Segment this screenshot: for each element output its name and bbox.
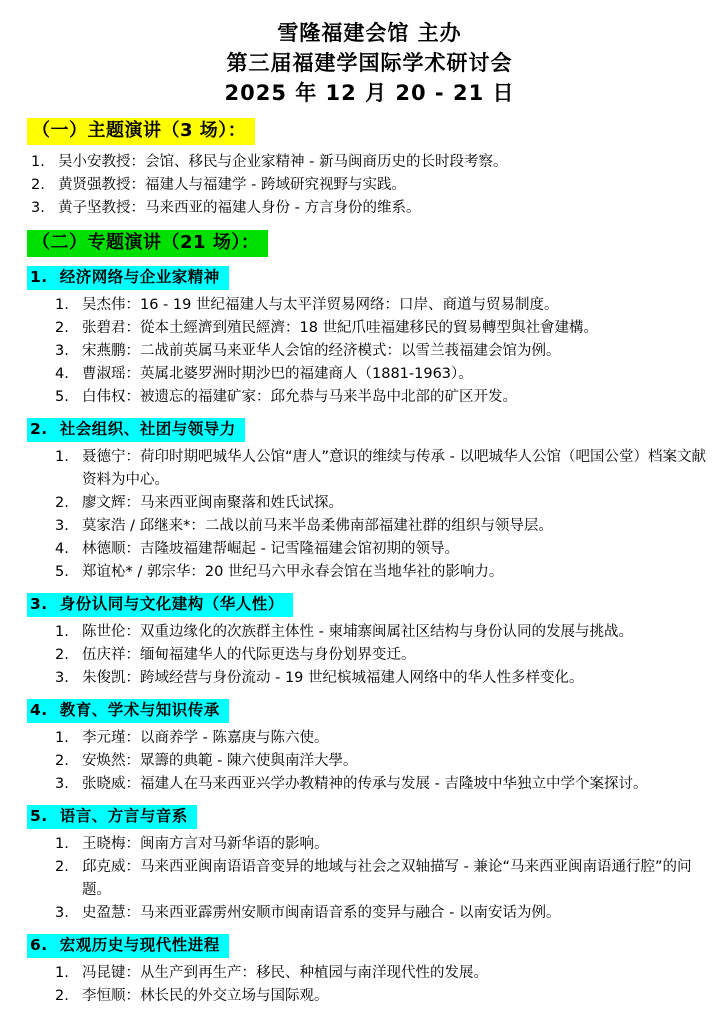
subsection-identity-culture: 3.身份认同与文化建构（华人性） 1.陈世伦：双重边缘化的次族群主体性 - 柬埔… — [27, 593, 712, 690]
item-text: 张碧君：從本土經濟到殖民經濟：18 世紀爪哇福建移民的貿易轉型與社會建構。 — [82, 317, 712, 340]
presentation-item: 2.廖文辉：马来西亚闽南聚落和姓氏试探。 — [27, 492, 712, 515]
subsection-item-list: 1.陈世伦：双重边缘化的次族群主体性 - 柬埔寨闽属社区结构与身份认同的发展与挑… — [27, 621, 712, 690]
conference-program-page: 雪隆福建会馆 主办 第三届福建学国际学术研讨会 2025 年 12 月 20 -… — [0, 0, 724, 1024]
subsection-heading: 4.教育、学术与知识传承 — [27, 699, 229, 723]
item-text: 宋燕鹏：二战前英属马来亚华人会馆的经济模式：以雪兰莪福建会馆为例。 — [82, 340, 712, 363]
item-number: 4. — [55, 538, 82, 561]
item-number: 2. — [55, 750, 82, 773]
presentation-item: 1.吴杰伟：16 - 19 世纪福建人与太平洋贸易网络：口岸、商道与贸易制度。 — [27, 294, 712, 317]
item-number: 1. — [55, 833, 82, 856]
item-number: 3. — [55, 515, 82, 538]
subsection-social-organization: 2.社会组织、社团与领导力 1.聂德宁：荷印时期吧城华人公馆“唐人”意识的维续与… — [27, 418, 712, 584]
item-text: 白伟权：被遗忘的福建矿家：邱允恭与马来半岛中北部的矿区开发。 — [82, 386, 712, 409]
subsection-number: 2. — [30, 420, 48, 438]
subsection-heading: 6.宏观历史与现代性进程 — [27, 934, 229, 958]
item-number: 1. — [55, 962, 82, 985]
presentation-item: 4.林德顺：吉隆坡福建帮崛起 - 记雪隆福建会馆初期的领导。 — [27, 538, 712, 561]
item-number: 2. — [55, 856, 82, 879]
item-text: 郑谊杺* / 郭宗华：20 世纪马六甲永春会馆在当地华社的影响力。 — [82, 561, 712, 584]
subsection-number: 6. — [30, 936, 48, 954]
conference-date: 2025 年 12 月 20 - 21 日 — [27, 78, 712, 108]
item-text: 冯昆键：从生产到再生产：移民、种植园与南洋现代性的发展。 — [82, 962, 712, 985]
organizer-title: 雪隆福建会馆 主办 — [27, 18, 712, 48]
item-number: 1. — [55, 294, 82, 317]
item-text: 聂德宁：荷印时期吧城华人公馆“唐人”意识的维续与传承 - 以吧城华人公馆（吧国公… — [82, 446, 712, 492]
item-text: 史盈慧：马来西亚霹雳州安顺市闽南语音系的变异与融合 - 以南安话为例。 — [82, 902, 712, 925]
presentation-item: 1.吴小安教授：会馆、移民与企业家精神 - 新马闽商历史的长时段考察。 — [27, 151, 712, 174]
item-number: 1. — [31, 151, 58, 174]
item-text: 曹淑瑶：英属北婆罗洲时期沙巴的福建商人（1881-1963）。 — [82, 363, 712, 386]
item-text: 吴杰伟：16 - 19 世纪福建人与太平洋贸易网络：口岸、商道与贸易制度。 — [82, 294, 712, 317]
subsection-item-list: 1.冯昆键：从生产到再生产：移民、种植园与南洋现代性的发展。2.李恒顺：林长民的… — [27, 962, 712, 1008]
presentation-item: 1.冯昆键：从生产到再生产：移民、种植园与南洋现代性的发展。 — [27, 962, 712, 985]
item-number: 5. — [55, 386, 82, 409]
item-number: 3. — [55, 773, 82, 796]
subsection-title: 教育、学术与知识传承 — [60, 701, 220, 719]
subsection-item-list: 1.李元瑾：以商养学 - 陈嘉庚与陈六使。2.安焕然：眾籌的典範 - 陳六使與南… — [27, 727, 712, 796]
panel-section-heading-row: （二）专题演讲（21 场）： — [27, 230, 712, 257]
presentation-item: 2.黄贤强教授：福建人与福建学 - 跨域研究视野与实践。 — [27, 174, 712, 197]
presentation-item: 1.王晓梅：闽南方言对马新华语的影响。 — [27, 833, 712, 856]
item-number: 3. — [55, 902, 82, 925]
subsection-title: 经济网络与企业家精神 — [60, 268, 220, 286]
presentation-item: 3.莫家浩 / 邱继来*：二战以前马来半岛柔佛南部福建社群的组织与领导层。 — [27, 515, 712, 538]
item-text: 邱克威：马来西亚闽南语语音变异的地域与社会之双轴描写 - 兼论“马来西亚闽南语通… — [82, 856, 712, 902]
subsection-title: 身份认同与文化建构（华人性） — [60, 595, 284, 613]
item-number: 2. — [31, 174, 58, 197]
subsection-title: 语言、方言与音系 — [60, 807, 188, 825]
presentation-item: 1.聂德宁：荷印时期吧城华人公馆“唐人”意识的维续与传承 - 以吧城华人公馆（吧… — [27, 446, 712, 492]
item-text: 张晓威：福建人在马来西亚兴学办教精神的传承与发展 - 吉隆坡中华独立中学个案探讨… — [82, 773, 712, 796]
item-text: 黄子坚教授：马来西亚的福建人身份 - 方言身份的维系。 — [58, 197, 712, 220]
item-number: 1. — [55, 727, 82, 750]
subsection-heading: 1.经济网络与企业家精神 — [27, 266, 229, 290]
presentation-item: 1.陈世伦：双重边缘化的次族群主体性 - 柬埔寨闽属社区结构与身份认同的发展与挑… — [27, 621, 712, 644]
presentation-item: 3.黄子坚教授：马来西亚的福建人身份 - 方言身份的维系。 — [27, 197, 712, 220]
presentation-item: 5.白伟权：被遗忘的福建矿家：邱允恭与马来半岛中北部的矿区开发。 — [27, 386, 712, 409]
item-number: 2. — [55, 492, 82, 515]
subsection-number: 4. — [30, 701, 48, 719]
subsection-economic-networks: 1.经济网络与企业家精神 1.吴杰伟：16 - 19 世纪福建人与太平洋贸易网络… — [27, 266, 712, 409]
presentation-item: 3.史盈慧：马来西亚霹雳州安顺市闽南语音系的变异与融合 - 以南安话为例。 — [27, 902, 712, 925]
presentation-item: 3.朱俊凯：跨域经营与身份流动 - 19 世纪槟城福建人网络中的华人性多样变化。 — [27, 667, 712, 690]
presentation-item: 2.伍庆祥：缅甸福建华人的代际更迭与身份划界变迁。 — [27, 644, 712, 667]
subsection-education-knowledge: 4.教育、学术与知识传承 1.李元瑾：以商养学 - 陈嘉庚与陈六使。2.安焕然：… — [27, 699, 712, 796]
keynote-section-heading-row: （一）主题演讲（3 场）： — [27, 118, 712, 145]
item-number: 3. — [55, 340, 82, 363]
presentation-item: 4.曹淑瑶：英属北婆罗洲时期沙巴的福建商人（1881-1963）。 — [27, 363, 712, 386]
item-number: 2. — [55, 317, 82, 340]
item-number: 5. — [55, 561, 82, 584]
item-text: 黄贤强教授：福建人与福建学 - 跨域研究视野与实践。 — [58, 174, 712, 197]
item-text: 伍庆祥：缅甸福建华人的代际更迭与身份划界变迁。 — [82, 644, 712, 667]
item-text: 王晓梅：闽南方言对马新华语的影响。 — [82, 833, 712, 856]
item-number: 2. — [55, 644, 82, 667]
subsection-item-list: 1.王晓梅：闽南方言对马新华语的影响。2.邱克威：马来西亚闽南语语音变异的地域与… — [27, 833, 712, 925]
subsection-title: 宏观历史与现代性进程 — [60, 936, 220, 954]
subsection-item-list: 1.聂德宁：荷印时期吧城华人公馆“唐人”意识的维续与传承 - 以吧城华人公馆（吧… — [27, 446, 712, 584]
item-text: 安焕然：眾籌的典範 - 陳六使與南洋大學。 — [82, 750, 712, 773]
item-number: 1. — [55, 621, 82, 644]
subsection-language-dialect: 5.语言、方言与音系 1.王晓梅：闽南方言对马新华语的影响。2.邱克威：马来西亚… — [27, 805, 712, 925]
presentation-item: 3.宋燕鹏：二战前英属马来亚华人会馆的经济模式：以雪兰莪福建会馆为例。 — [27, 340, 712, 363]
presentation-item: 2.李恒顺：林长民的外交立场与国际观。 — [27, 985, 712, 1008]
presentation-item: 1.李元瑾：以商养学 - 陈嘉庚与陈六使。 — [27, 727, 712, 750]
item-text: 莫家浩 / 邱继来*：二战以前马来半岛柔佛南部福建社群的组织与领导层。 — [82, 515, 712, 538]
presentation-item: 2.邱克威：马来西亚闽南语语音变异的地域与社会之双轴描写 - 兼论“马来西亚闽南… — [27, 856, 712, 902]
subsection-heading: 2.社会组织、社团与领导力 — [27, 418, 245, 442]
item-text: 李元瑾：以商养学 - 陈嘉庚与陈六使。 — [82, 727, 712, 750]
item-number: 3. — [31, 197, 58, 220]
subsection-number: 5. — [30, 807, 48, 825]
item-text: 廖文辉：马来西亚闽南聚落和姓氏试探。 — [82, 492, 712, 515]
presentation-item: 2.张碧君：從本土經濟到殖民經濟：18 世紀爪哇福建移民的貿易轉型與社會建構。 — [27, 317, 712, 340]
keynote-section-heading: （一）主题演讲（3 场）： — [27, 118, 255, 145]
subsection-heading: 3.身份认同与文化建构（华人性） — [27, 593, 293, 617]
item-text: 吴小安教授：会馆、移民与企业家精神 - 新马闽商历史的长时段考察。 — [58, 151, 712, 174]
subsection-number: 3. — [30, 595, 48, 613]
presentation-item: 2.安焕然：眾籌的典範 - 陳六使與南洋大學。 — [27, 750, 712, 773]
panel-section-heading: （二）专题演讲（21 场）： — [27, 230, 268, 257]
subsection-heading: 5.语言、方言与音系 — [27, 805, 197, 829]
item-text: 朱俊凯：跨域经营与身份流动 - 19 世纪槟城福建人网络中的华人性多样变化。 — [82, 667, 712, 690]
item-text: 李恒顺：林长民的外交立场与国际观。 — [82, 985, 712, 1008]
presentation-item: 3.张晓威：福建人在马来西亚兴学办教精神的传承与发展 - 吉隆坡中华独立中学个案… — [27, 773, 712, 796]
item-number: 3. — [55, 667, 82, 690]
presentation-item: 5.郑谊杺* / 郭宗华：20 世纪马六甲永春会馆在当地华社的影响力。 — [27, 561, 712, 584]
item-text: 林德顺：吉隆坡福建帮崛起 - 记雪隆福建会馆初期的领导。 — [82, 538, 712, 561]
item-text: 陈世伦：双重边缘化的次族群主体性 - 柬埔寨闽属社区结构与身份认同的发展与挑战。 — [82, 621, 712, 644]
item-number: 1. — [55, 446, 82, 469]
subsection-number: 1. — [30, 268, 48, 286]
subsection-item-list: 1.吴杰伟：16 - 19 世纪福建人与太平洋贸易网络：口岸、商道与贸易制度。2… — [27, 294, 712, 409]
item-number: 4. — [55, 363, 82, 386]
conference-title: 第三届福建学国际学术研讨会 — [27, 48, 712, 78]
document-header: 雪隆福建会馆 主办 第三届福建学国际学术研讨会 2025 年 12 月 20 -… — [27, 18, 712, 108]
subsection-macro-history: 6.宏观历史与现代性进程 1.冯昆键：从生产到再生产：移民、种植园与南洋现代性的… — [27, 934, 712, 1008]
item-number: 2. — [55, 985, 82, 1008]
subsection-title: 社会组织、社团与领导力 — [60, 420, 236, 438]
keynote-item-list: 1.吴小安教授：会馆、移民与企业家精神 - 新马闽商历史的长时段考察。2.黄贤强… — [27, 151, 712, 220]
